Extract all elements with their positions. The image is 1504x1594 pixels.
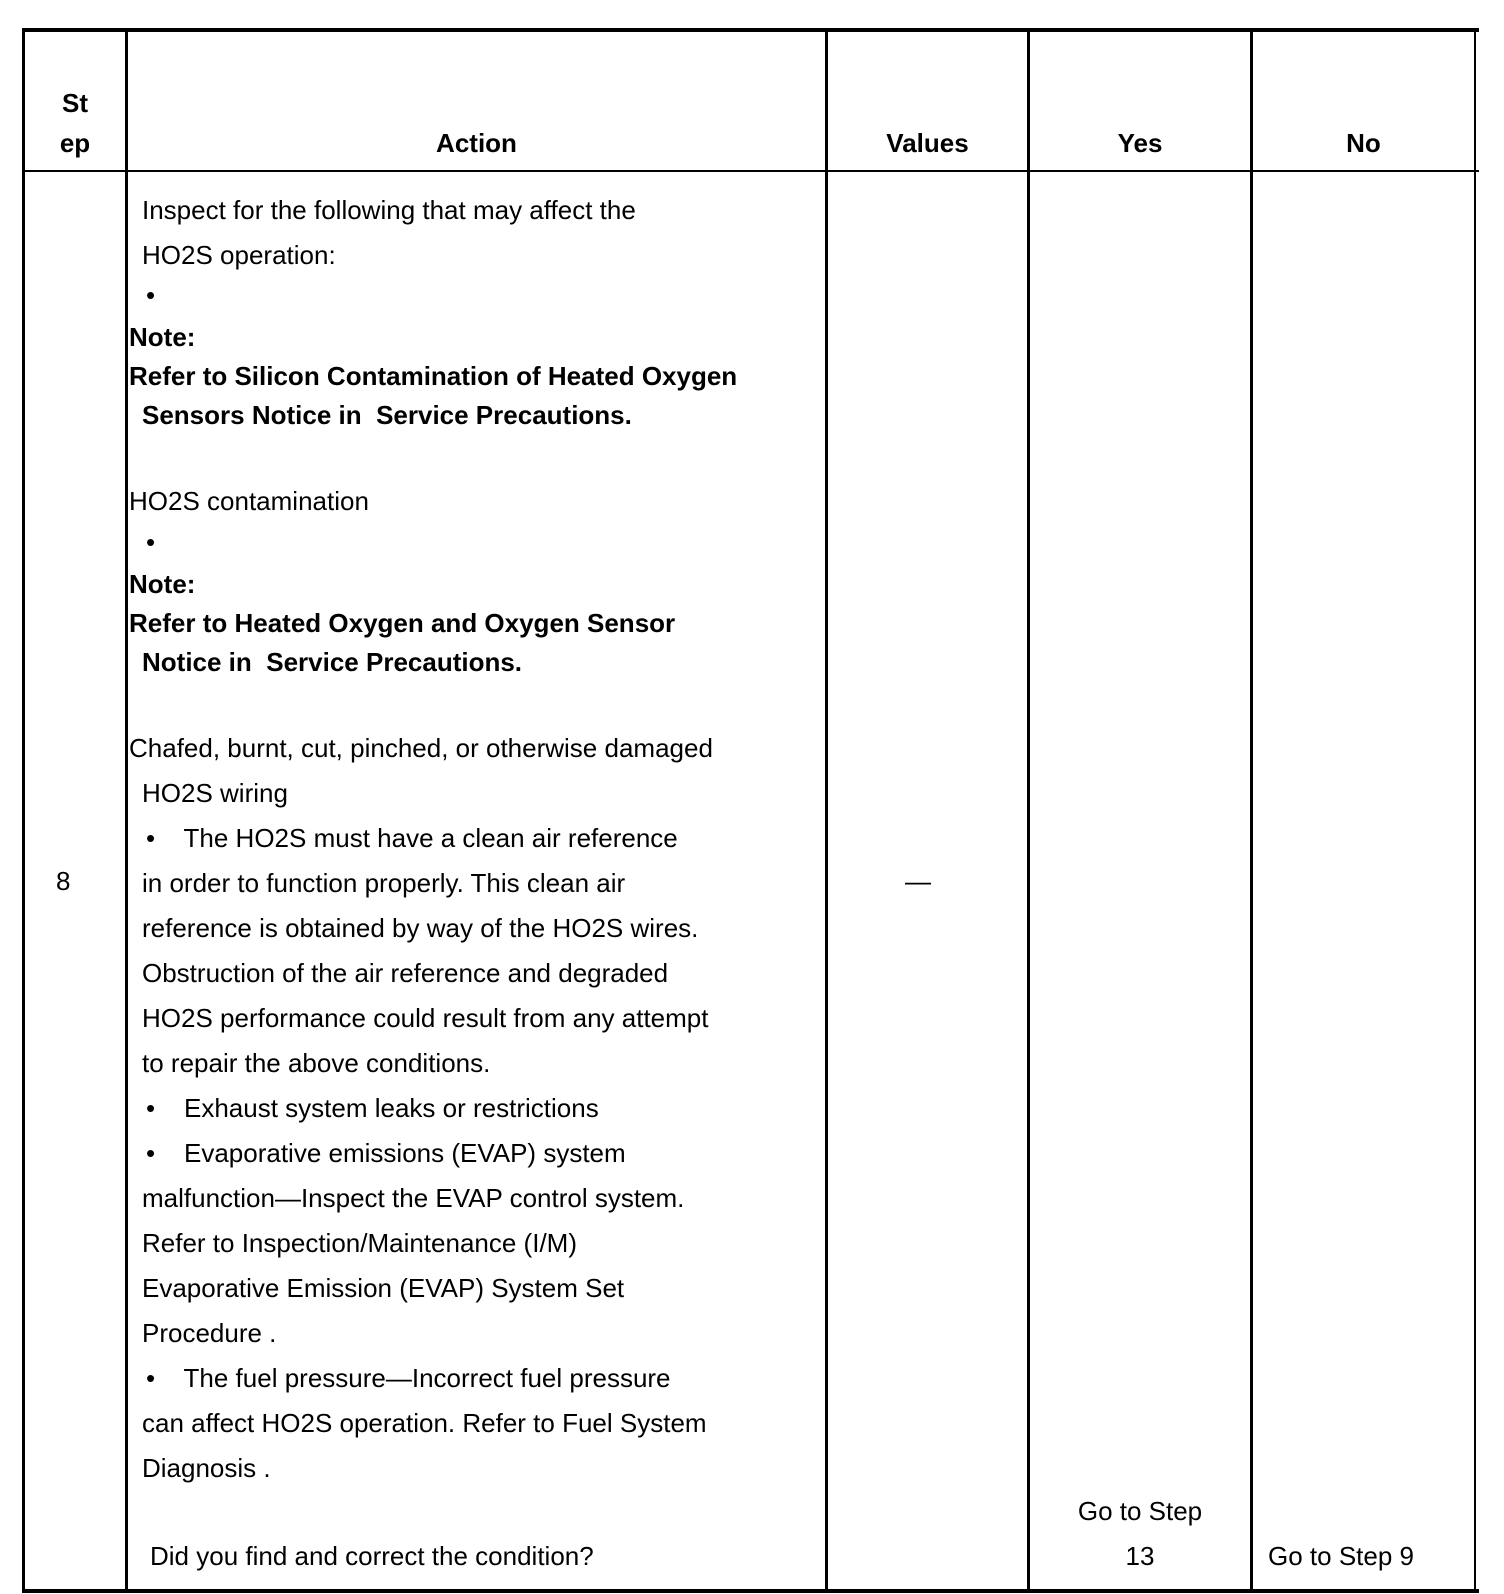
no-cell: Go to Step 9 <box>1268 1541 1414 1571</box>
yes-cell: Go to Step 13 <box>1030 1496 1250 1571</box>
step-number: 8 <box>56 866 70 896</box>
action-text-line: reference is obtained by way of the HO2S… <box>142 913 698 943</box>
action-text-line: Chafed, burnt, cut, pinched, or otherwis… <box>129 733 713 763</box>
column-divider-action <box>825 28 828 1593</box>
action-text-line: • <box>146 527 155 557</box>
table-border-bottom <box>22 1589 1479 1593</box>
action-text-line: Did you find and correct the condition? <box>150 1541 594 1571</box>
action-text-line: Evaporative Emission (EVAP) System Set <box>142 1273 624 1303</box>
action-text-line: • The HO2S must have a clean air referen… <box>146 823 678 853</box>
header-no: No <box>1253 128 1474 158</box>
yes-cell-line2: 13 <box>1030 1541 1250 1571</box>
header-action: Action <box>128 128 825 158</box>
action-text-line: Procedure . <box>142 1318 276 1348</box>
action-text-line: HO2S operation: <box>142 240 336 270</box>
action-text-line: HO2S performance could result from any a… <box>142 1003 708 1033</box>
table-border-right <box>1474 28 1476 1593</box>
action-note-line: Sensors Notice in Service Precautions. <box>142 400 632 430</box>
action-text-line: Diagnosis . <box>142 1453 271 1483</box>
header-step: St ep <box>25 88 125 158</box>
header-step-line2: ep <box>25 128 125 158</box>
action-note-line: Refer to Silicon Contamination of Heated… <box>129 361 737 391</box>
header-step-line1: St <box>25 88 125 118</box>
action-text-line: Inspect for the following that may affec… <box>142 195 636 225</box>
yes-cell-line1: Go to Step <box>1030 1496 1250 1526</box>
action-text-line: HO2S wiring <box>142 778 288 808</box>
column-divider-yes <box>1250 28 1253 1593</box>
action-note-line: Notice in Service Precautions. <box>142 647 522 677</box>
header-values: Values <box>828 128 1027 158</box>
action-text-line: can affect HO2S operation. Refer to Fuel… <box>142 1408 707 1438</box>
table-border-left <box>22 28 25 1593</box>
action-text-line: to repair the above conditions. <box>142 1048 490 1078</box>
action-text-line: Refer to Inspection/Maintenance (I/M) <box>142 1228 577 1258</box>
column-divider-step <box>125 28 128 1593</box>
action-note-line: Note: <box>129 569 195 599</box>
action-text-line: HO2S contamination <box>129 486 369 516</box>
action-text-line: • <box>146 280 155 310</box>
action-text-line: in order to function properly. This clea… <box>142 868 625 898</box>
action-note-line: Refer to Heated Oxygen and Oxygen Sensor <box>129 608 675 638</box>
action-text-line: Obstruction of the air reference and deg… <box>142 958 668 988</box>
action-text-line: • Exhaust system leaks or restrictions <box>146 1093 599 1123</box>
action-text-line: malfunction—Inspect the EVAP control sys… <box>142 1183 684 1213</box>
action-note-line: Note: <box>129 322 195 352</box>
table-border-top <box>22 28 1479 32</box>
table-header-divider <box>22 170 1479 172</box>
action-text-line: • Evaporative emissions (EVAP) system <box>146 1138 626 1168</box>
column-divider-values <box>1027 28 1030 1593</box>
values-cell: — <box>905 866 931 896</box>
action-text-line: • The fuel pressure—Incorrect fuel press… <box>146 1363 671 1393</box>
header-yes: Yes <box>1030 128 1250 158</box>
